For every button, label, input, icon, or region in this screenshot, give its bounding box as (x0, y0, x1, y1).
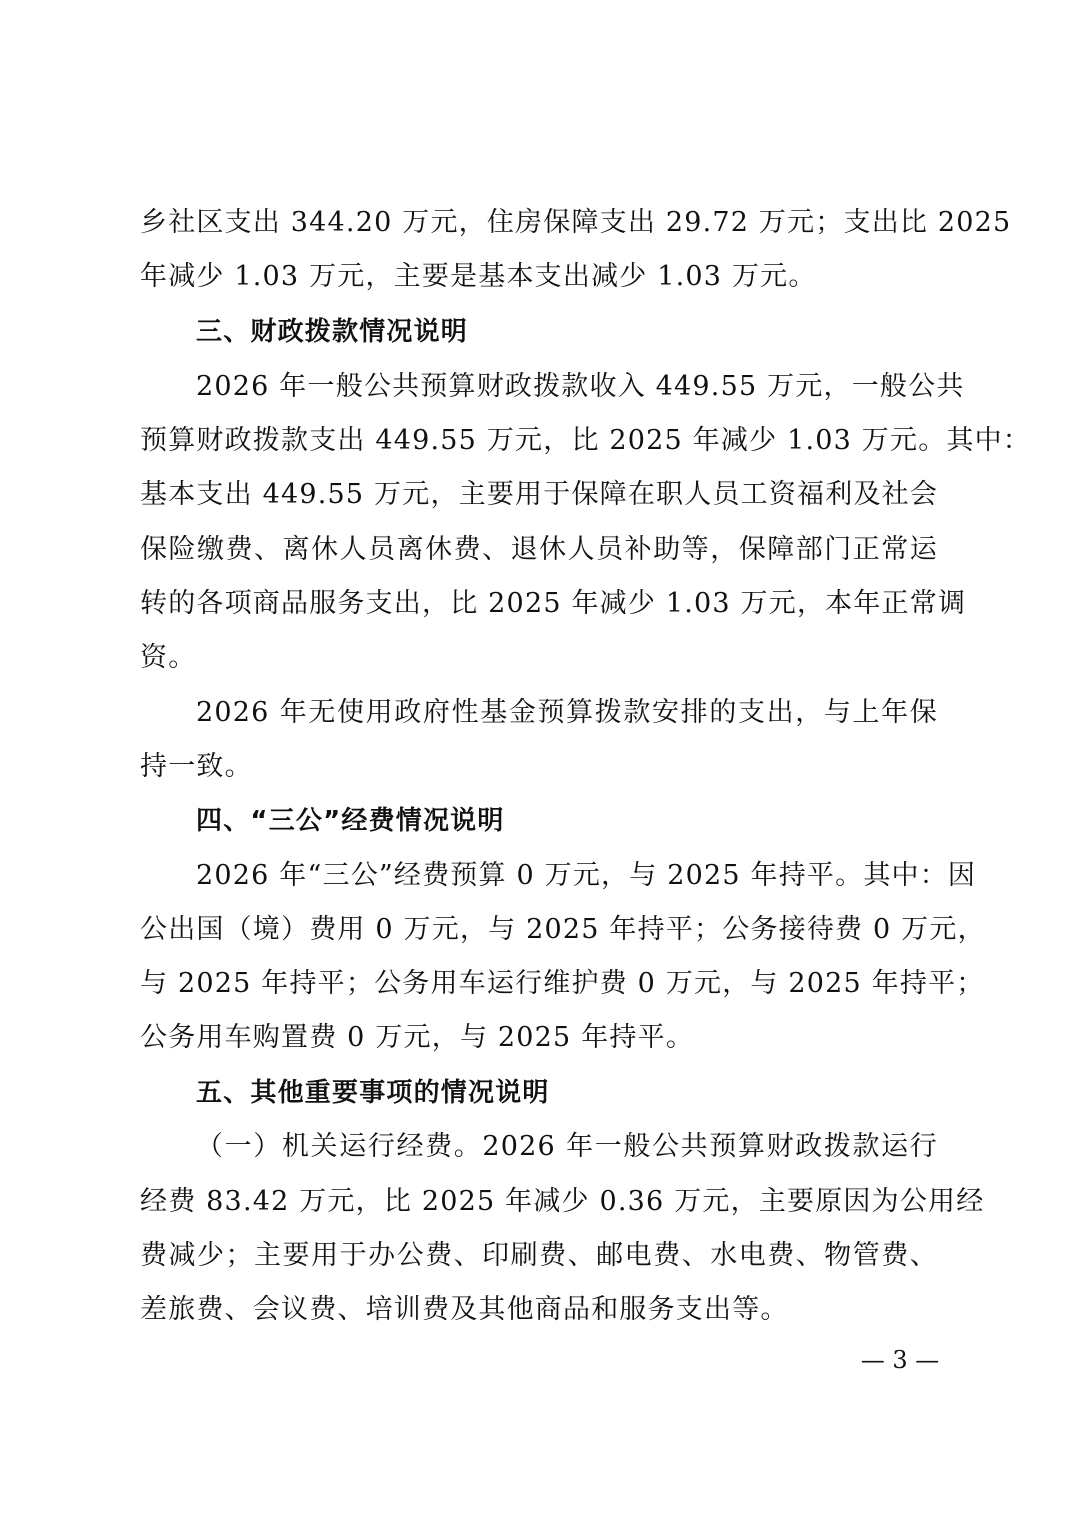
body-text-line: 预算财政拨款支出 449.55 万元，比 2025 年减少 1.03 万元。其中… (140, 414, 938, 468)
body-text-line: 与 2025 年持平；公务用车运行维护费 0 万元，与 2025 年持平； (140, 957, 938, 1011)
body-text-line: 公务用车购置费 0 万元，与 2025 年持平。 (140, 1011, 694, 1065)
body-text-line: 公出国（境）费用 0 万元，与 2025 年持平；公务接待费 0 万元， (140, 903, 938, 957)
body-text-line: 经费 83.42 万元，比 2025 年减少 0.36 万元，主要原因为公用经 (140, 1175, 938, 1229)
body-text-line: 费减少；主要用于办公费、印刷费、邮电费、水电费、物管费、 (140, 1229, 938, 1283)
section-heading-4: 四、“三公”经费情况说明 (196, 794, 505, 848)
section-heading-3: 三、财政拨款情况说明 (196, 305, 468, 359)
body-text-line: 保险缴费、离休人员离休费、退休人员补助等，保障部门正常运 (140, 523, 938, 577)
body-text-line: 资。 (140, 631, 196, 685)
body-text-line: 年减少 1.03 万元，主要是基本支出减少 1.03 万元。 (140, 250, 817, 304)
body-text-line: 持一致。 (140, 740, 253, 794)
page-number: — 3 — (860, 1340, 940, 1380)
body-text-line: 乡社区支出 344.20 万元，住房保障支出 29.72 万元；支出比 2025 (140, 196, 938, 250)
body-text-line: 转的各项商品服务支出，比 2025 年减少 1.03 万元，本年正常调 (140, 577, 938, 631)
body-text-line: 2026 年一般公共预算财政拨款收入 449.55 万元，一般公共 (196, 360, 938, 414)
body-text-line: 差旅费、会议费、培训费及其他商品和服务支出等。 (140, 1283, 789, 1337)
body-text-line: 2026 年“三公”经费预算 0 万元，与 2025 年持平。其中：因 (196, 849, 938, 903)
body-text-line: 基本支出 449.55 万元，主要用于保障在职人员工资福利及社会 (140, 468, 938, 522)
section-heading-5: 五、其他重要事项的情况说明 (196, 1066, 550, 1120)
body-text-line: 2026 年无使用政府性基金预算拨款安排的支出，与上年保 (196, 686, 938, 740)
body-text-line: （一）机关运行经费。2026 年一般公共预算财政拨款运行 (196, 1120, 938, 1174)
